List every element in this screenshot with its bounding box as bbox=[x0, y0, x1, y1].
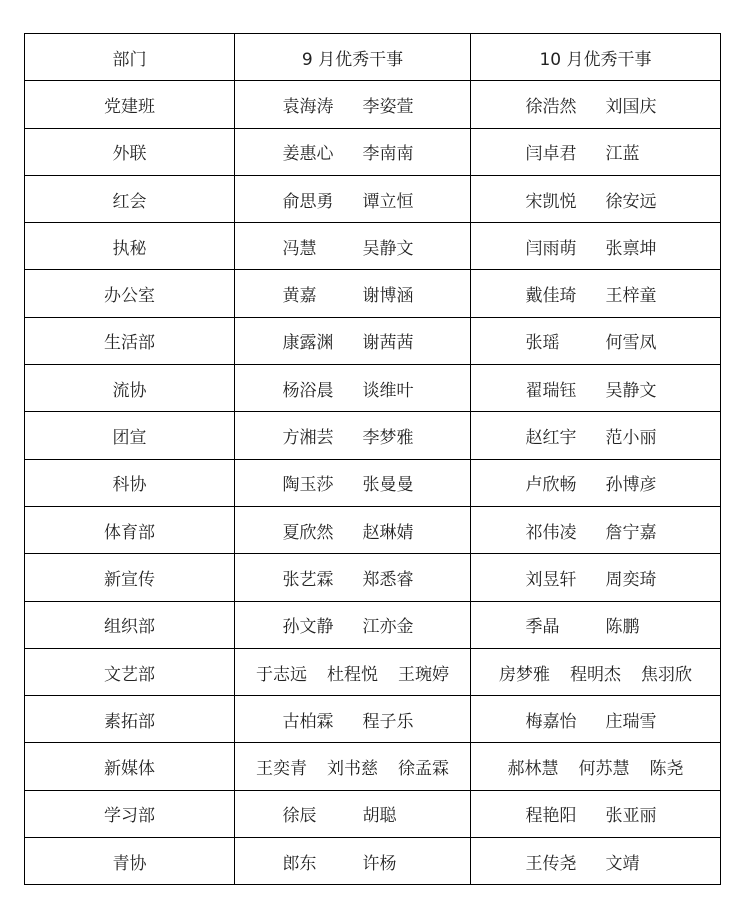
table-row: 组织部孙文静江亦金季晶陈鹏 bbox=[25, 601, 721, 648]
october-staff-cell: 赵红宇范小丽 bbox=[471, 412, 721, 459]
staff-name: 祁伟凌 bbox=[526, 518, 586, 543]
table-row: 党建班袁海涛李姿萱徐浩然刘国庆 bbox=[25, 81, 721, 128]
staff-name: 陶玉莎 bbox=[283, 470, 343, 495]
table-header-row: 部门 9 月优秀干事 10 月优秀干事 bbox=[25, 34, 721, 81]
staff-name: 程子乐 bbox=[363, 707, 423, 732]
staff-name: 王传尧 bbox=[526, 849, 586, 874]
staff-name: 康露渊 bbox=[283, 328, 343, 353]
september-staff-cell: 王奕青刘书慈徐孟霖 bbox=[235, 743, 471, 790]
table-row: 新媒体王奕青刘书慈徐孟霖郝林慧何苏慧陈尧 bbox=[25, 743, 721, 790]
staff-name: 郝林慧 bbox=[508, 754, 559, 779]
october-staff-cell: 宋凯悦徐安远 bbox=[471, 175, 721, 222]
staff-name: 赵琳婧 bbox=[363, 518, 423, 543]
staff-name: 梅嘉怡 bbox=[526, 707, 586, 732]
september-name-list: 徐辰胡聪 bbox=[283, 801, 423, 826]
staff-name: 何苏慧 bbox=[579, 754, 630, 779]
september-name-list: 黄嘉谢博涵 bbox=[283, 281, 423, 306]
table-row: 外联姜惠心李南南闫卓君江蓝 bbox=[25, 128, 721, 175]
table-row: 文艺部于志远杜程悦王琬婷房梦雅程明杰焦羽欣 bbox=[25, 648, 721, 695]
table-row: 办公室黄嘉谢博涵戴佳琦王梓童 bbox=[25, 270, 721, 317]
september-name-list: 冯慧吴静文 bbox=[283, 234, 423, 259]
staff-name: 范小丽 bbox=[606, 423, 666, 448]
header-september: 9 月优秀干事 bbox=[235, 34, 471, 81]
department-cell: 生活部 bbox=[25, 317, 235, 364]
october-name-list: 张瑶何雪凤 bbox=[526, 328, 666, 353]
october-staff-cell: 戴佳琦王梓童 bbox=[471, 270, 721, 317]
september-name-list: 方湘芸李梦雅 bbox=[283, 423, 423, 448]
september-staff-cell: 徐辰胡聪 bbox=[235, 790, 471, 837]
september-name-list: 康露渊谢茜茜 bbox=[283, 328, 423, 353]
staff-name: 杜程悦 bbox=[327, 660, 378, 685]
staff-name: 方湘芸 bbox=[283, 423, 343, 448]
staff-name: 季晶 bbox=[526, 612, 586, 637]
staff-name: 徐孟霖 bbox=[398, 754, 449, 779]
header-department: 部门 bbox=[25, 34, 235, 81]
staff-name: 张曼曼 bbox=[363, 470, 423, 495]
department-cell: 团宣 bbox=[25, 412, 235, 459]
september-staff-cell: 张艺霖郑悉睿 bbox=[235, 554, 471, 601]
staff-name: 程艳阳 bbox=[526, 801, 586, 826]
staff-name: 郎东 bbox=[283, 849, 343, 874]
department-cell: 组织部 bbox=[25, 601, 235, 648]
staff-name: 陈鹏 bbox=[606, 612, 666, 637]
september-name-list: 张艺霖郑悉睿 bbox=[283, 565, 423, 590]
september-staff-cell: 杨浴晨谈维叶 bbox=[235, 365, 471, 412]
staff-name: 闫卓君 bbox=[526, 139, 586, 164]
staff-name: 姜惠心 bbox=[283, 139, 343, 164]
october-staff-cell: 卢欣畅孙博彦 bbox=[471, 459, 721, 506]
september-staff-cell: 于志远杜程悦王琬婷 bbox=[235, 648, 471, 695]
table-row: 流协杨浴晨谈维叶翟瑞钰吴静文 bbox=[25, 365, 721, 412]
september-name-list: 于志远杜程悦王琬婷 bbox=[256, 660, 449, 685]
staff-name: 俞思勇 bbox=[283, 187, 343, 212]
october-name-list: 房梦雅程明杰焦羽欣 bbox=[499, 660, 692, 685]
staff-name: 陈尧 bbox=[650, 754, 684, 779]
department-cell: 红会 bbox=[25, 175, 235, 222]
staff-name: 卢欣畅 bbox=[526, 470, 586, 495]
september-staff-cell: 康露渊谢茜茜 bbox=[235, 317, 471, 364]
october-staff-cell: 闫卓君江蓝 bbox=[471, 128, 721, 175]
staff-name: 冯慧 bbox=[283, 234, 343, 259]
staff-name: 胡聪 bbox=[363, 801, 423, 826]
september-name-list: 古柏霖程子乐 bbox=[283, 707, 423, 732]
october-name-list: 赵红宇范小丽 bbox=[526, 423, 666, 448]
september-staff-cell: 方湘芸李梦雅 bbox=[235, 412, 471, 459]
staff-name: 何雪凤 bbox=[606, 328, 666, 353]
october-staff-cell: 翟瑞钰吴静文 bbox=[471, 365, 721, 412]
september-staff-cell: 姜惠心李南南 bbox=[235, 128, 471, 175]
september-name-list: 陶玉莎张曼曼 bbox=[283, 470, 423, 495]
department-cell: 学习部 bbox=[25, 790, 235, 837]
staff-name: 詹宁嘉 bbox=[606, 518, 666, 543]
department-cell: 素拓部 bbox=[25, 696, 235, 743]
staff-name: 杨浴晨 bbox=[283, 376, 343, 401]
staff-name: 王梓童 bbox=[606, 281, 666, 306]
staff-name: 袁海涛 bbox=[283, 92, 343, 117]
october-staff-cell: 程艳阳张亚丽 bbox=[471, 790, 721, 837]
staff-name: 许杨 bbox=[363, 849, 423, 874]
table-row: 素拓部古柏霖程子乐梅嘉怡庄瑞雪 bbox=[25, 696, 721, 743]
table-row: 生活部康露渊谢茜茜张瑶何雪凤 bbox=[25, 317, 721, 364]
table-row: 团宣方湘芸李梦雅赵红宇范小丽 bbox=[25, 412, 721, 459]
october-name-list: 戴佳琦王梓童 bbox=[526, 281, 666, 306]
staff-name: 徐安远 bbox=[606, 187, 666, 212]
department-cell: 科协 bbox=[25, 459, 235, 506]
department-cell: 文艺部 bbox=[25, 648, 235, 695]
september-staff-cell: 夏欣然赵琳婧 bbox=[235, 506, 471, 553]
staff-name: 翟瑞钰 bbox=[526, 376, 586, 401]
october-name-list: 闫雨萌张禀坤 bbox=[526, 234, 666, 259]
october-name-list: 徐浩然刘国庆 bbox=[526, 92, 666, 117]
staff-name: 孙文静 bbox=[283, 612, 343, 637]
october-name-list: 刘昱轩周奕琦 bbox=[526, 565, 666, 590]
staff-name: 谢茜茜 bbox=[363, 328, 423, 353]
staff-name: 闫雨萌 bbox=[526, 234, 586, 259]
staff-name: 王琬婷 bbox=[398, 660, 449, 685]
table-row: 青协郎东许杨王传尧文靖 bbox=[25, 838, 721, 885]
october-staff-cell: 刘昱轩周奕琦 bbox=[471, 554, 721, 601]
department-cell: 青协 bbox=[25, 838, 235, 885]
october-name-list: 王传尧文靖 bbox=[526, 849, 666, 874]
staff-name: 孙博彦 bbox=[606, 470, 666, 495]
department-cell: 党建班 bbox=[25, 81, 235, 128]
october-name-list: 程艳阳张亚丽 bbox=[526, 801, 666, 826]
september-name-list: 杨浴晨谈维叶 bbox=[283, 376, 423, 401]
department-cell: 新媒体 bbox=[25, 743, 235, 790]
department-cell: 办公室 bbox=[25, 270, 235, 317]
october-staff-cell: 张瑶何雪凤 bbox=[471, 317, 721, 364]
staff-name: 宋凯悦 bbox=[526, 187, 586, 212]
table-row: 新宣传张艺霖郑悉睿刘昱轩周奕琦 bbox=[25, 554, 721, 601]
october-name-list: 梅嘉怡庄瑞雪 bbox=[526, 707, 666, 732]
staff-name: 于志远 bbox=[256, 660, 307, 685]
september-staff-cell: 古柏霖程子乐 bbox=[235, 696, 471, 743]
october-name-list: 翟瑞钰吴静文 bbox=[526, 376, 666, 401]
table-row: 学习部徐辰胡聪程艳阳张亚丽 bbox=[25, 790, 721, 837]
october-staff-cell: 徐浩然刘国庆 bbox=[471, 81, 721, 128]
table-row: 体育部夏欣然赵琳婧祁伟凌詹宁嘉 bbox=[25, 506, 721, 553]
september-name-list: 孙文静江亦金 bbox=[283, 612, 423, 637]
staff-name: 李南南 bbox=[363, 139, 423, 164]
october-name-list: 闫卓君江蓝 bbox=[526, 139, 666, 164]
october-staff-cell: 梅嘉怡庄瑞雪 bbox=[471, 696, 721, 743]
staff-name: 谢博涵 bbox=[363, 281, 423, 306]
staff-name: 庄瑞雪 bbox=[606, 707, 666, 732]
october-staff-cell: 祁伟凌詹宁嘉 bbox=[471, 506, 721, 553]
department-cell: 新宣传 bbox=[25, 554, 235, 601]
staff-name: 赵红宇 bbox=[526, 423, 586, 448]
staff-name: 李姿萱 bbox=[363, 92, 423, 117]
staff-name: 刘书慈 bbox=[327, 754, 378, 779]
staff-name: 徐浩然 bbox=[526, 92, 586, 117]
table-row: 执秘冯慧吴静文闫雨萌张禀坤 bbox=[25, 223, 721, 270]
department-cell: 体育部 bbox=[25, 506, 235, 553]
staff-name: 戴佳琦 bbox=[526, 281, 586, 306]
staff-name: 张艺霖 bbox=[283, 565, 343, 590]
october-name-list: 祁伟凌詹宁嘉 bbox=[526, 518, 666, 543]
outstanding-staff-table: 部门 9 月优秀干事 10 月优秀干事 党建班袁海涛李姿萱徐浩然刘国庆外联姜惠心… bbox=[24, 33, 721, 885]
staff-name: 李梦雅 bbox=[363, 423, 423, 448]
october-staff-cell: 郝林慧何苏慧陈尧 bbox=[471, 743, 721, 790]
staff-name: 房梦雅 bbox=[499, 660, 550, 685]
staff-name: 程明杰 bbox=[570, 660, 621, 685]
staff-name: 江蓝 bbox=[606, 139, 666, 164]
staff-name: 吴静文 bbox=[606, 376, 666, 401]
header-october: 10 月优秀干事 bbox=[471, 34, 721, 81]
staff-name: 周奕琦 bbox=[606, 565, 666, 590]
staff-name: 刘国庆 bbox=[606, 92, 666, 117]
staff-name: 王奕青 bbox=[256, 754, 307, 779]
table-row: 红会俞思勇谭立恒宋凯悦徐安远 bbox=[25, 175, 721, 222]
october-staff-cell: 季晶陈鹏 bbox=[471, 601, 721, 648]
september-staff-cell: 陶玉莎张曼曼 bbox=[235, 459, 471, 506]
october-name-list: 季晶陈鹏 bbox=[526, 612, 666, 637]
staff-name: 文靖 bbox=[606, 849, 666, 874]
september-name-list: 俞思勇谭立恒 bbox=[283, 187, 423, 212]
staff-name: 郑悉睿 bbox=[363, 565, 423, 590]
staff-name: 黄嘉 bbox=[283, 281, 343, 306]
staff-name: 张亚丽 bbox=[606, 801, 666, 826]
staff-name: 吴静文 bbox=[363, 234, 423, 259]
table-row: 科协陶玉莎张曼曼卢欣畅孙博彦 bbox=[25, 459, 721, 506]
department-cell: 流协 bbox=[25, 365, 235, 412]
staff-name: 江亦金 bbox=[363, 612, 423, 637]
september-staff-cell: 孙文静江亦金 bbox=[235, 601, 471, 648]
september-staff-cell: 黄嘉谢博涵 bbox=[235, 270, 471, 317]
department-cell: 执秘 bbox=[25, 223, 235, 270]
staff-name: 张瑶 bbox=[526, 328, 586, 353]
september-name-list: 姜惠心李南南 bbox=[283, 139, 423, 164]
september-name-list: 郎东许杨 bbox=[283, 849, 423, 874]
table-body: 党建班袁海涛李姿萱徐浩然刘国庆外联姜惠心李南南闫卓君江蓝红会俞思勇谭立恒宋凯悦徐… bbox=[25, 81, 721, 885]
october-staff-cell: 房梦雅程明杰焦羽欣 bbox=[471, 648, 721, 695]
staff-name: 焦羽欣 bbox=[641, 660, 692, 685]
october-staff-cell: 王传尧文靖 bbox=[471, 838, 721, 885]
september-name-list: 夏欣然赵琳婧 bbox=[283, 518, 423, 543]
staff-name: 谭立恒 bbox=[363, 187, 423, 212]
september-staff-cell: 郎东许杨 bbox=[235, 838, 471, 885]
staff-name: 谈维叶 bbox=[363, 376, 423, 401]
october-staff-cell: 闫雨萌张禀坤 bbox=[471, 223, 721, 270]
september-name-list: 王奕青刘书慈徐孟霖 bbox=[256, 754, 449, 779]
october-name-list: 郝林慧何苏慧陈尧 bbox=[508, 754, 684, 779]
staff-name: 夏欣然 bbox=[283, 518, 343, 543]
october-name-list: 宋凯悦徐安远 bbox=[526, 187, 666, 212]
september-name-list: 袁海涛李姿萱 bbox=[283, 92, 423, 117]
september-staff-cell: 俞思勇谭立恒 bbox=[235, 175, 471, 222]
staff-name: 徐辰 bbox=[283, 801, 343, 826]
staff-name: 古柏霖 bbox=[283, 707, 343, 732]
staff-name: 张禀坤 bbox=[606, 234, 666, 259]
september-staff-cell: 冯慧吴静文 bbox=[235, 223, 471, 270]
october-name-list: 卢欣畅孙博彦 bbox=[526, 470, 666, 495]
department-cell: 外联 bbox=[25, 128, 235, 175]
staff-name: 刘昱轩 bbox=[526, 565, 586, 590]
september-staff-cell: 袁海涛李姿萱 bbox=[235, 81, 471, 128]
